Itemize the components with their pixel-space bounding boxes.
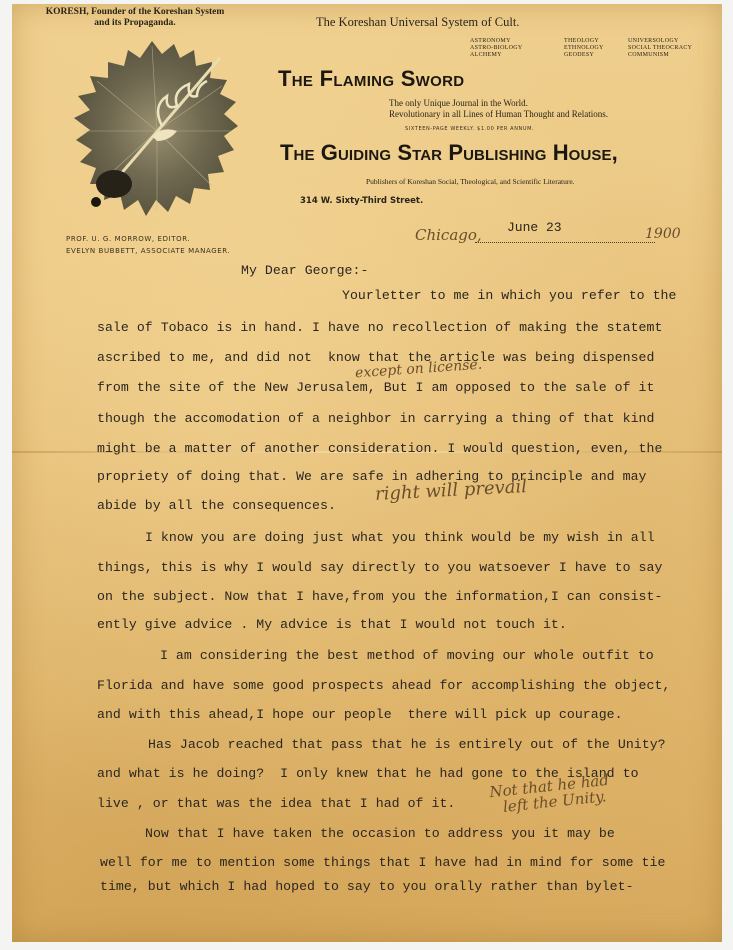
editor-credits: Prof. U. G. Morrow, Editor. Evelyn Bubbe… [66,233,230,257]
cult-title: The Koreshan Universal System of Cult. [316,15,519,30]
publisher-description: Publishers of Koreshan Social, Theologic… [366,177,575,186]
topic: UNIVERSOLOGY [628,38,718,45]
date-city: Chicago, [415,226,482,244]
dateline: Chicago, June 23 1900 [415,222,685,246]
topics-grid: ASTRONOMY THEOLOGY UNIVERSOLOGY ASTRO-BI… [470,38,718,59]
letter-line: abide by all the consequences. [97,498,336,513]
topic: ETHNOLOGY [564,45,624,52]
topic: GEODESY [564,52,624,59]
founder-line: and its Propaganda. [30,18,240,29]
journal-title: The Flaming Sword [278,66,464,92]
letter-line: and with this ahead,I hope our people th… [97,707,623,722]
letter-line: I know you are doing just what you think… [145,530,655,545]
founder-line: KORESH, Founder of the Koreshan System [30,7,240,18]
founder-caption: KORESH, Founder of the Koreshan System a… [30,7,240,29]
editor-name: Prof. U. G. Morrow, Editor. [66,233,230,245]
topic: ASTRO-BIOLOGY [470,45,560,52]
topic: ALCHEMY [470,52,560,59]
letter-line: things, this is why I would say directly… [97,560,662,575]
letter-line: might be a matter of another considerati… [97,441,662,456]
letter-line: on the subject. Now that I have,from you… [97,589,662,604]
date-month-day: June 23 [507,220,562,235]
salutation: My Dear George:- [241,263,368,278]
publisher-address: 314 W. Sixty-Third Street. [300,196,423,206]
letter-line: Has Jacob reached that pass that he is e… [148,737,666,752]
tagline-line: The only Unique Journal in the World. [389,98,608,109]
letter-line: from the site of the New Jerusalem, But … [97,380,654,395]
tagline-line: Revolutionary in all Lines of Human Thou… [389,109,608,120]
letter-line: ascribed to me, and did not know that th… [97,350,654,365]
journal-terms: SIXTEEN-PAGE WEEKLY. $1.00 PER ANNUM. [405,126,534,132]
letter-line: Florida and have some good prospects ahe… [97,678,670,693]
letter-line: Yourletter to me in which you refer to t… [342,288,676,303]
letter-line: live , or that was the idea that I had o… [97,796,455,811]
topic: COMMUNISM [628,52,718,59]
date-year: 1900 [645,226,681,242]
journal-tagline: The only Unique Journal in the World. Re… [389,98,608,120]
topic: ASTRONOMY [470,38,560,45]
date-rule [475,242,655,243]
topic: THEOLOGY [564,38,624,45]
letter-line: sale of Tobaco is in hand. I have no rec… [97,320,662,335]
letter-line: ently give advice . My advice is that I … [97,617,567,632]
publisher-title: The Guiding Star Publishing House, [280,140,618,166]
flaming-sword-emblem-icon [62,36,242,226]
topic: SOCIAL THEOCRACY [628,45,718,52]
letter-line: well for me to mention some things that … [100,855,665,870]
letter-line: I am considering the best method of movi… [160,648,654,663]
letter-line: Now that I have taken the occasion to ad… [145,826,615,841]
letter-line: time, but which I had hoped to say to yo… [100,879,634,894]
letter-line: propriety of doing that. We are safe in … [97,469,647,484]
associate-manager-name: Evelyn Bubbett, Associate Manager. [66,245,230,257]
letter-line: though the accomodation of a neighbor in… [97,411,654,426]
